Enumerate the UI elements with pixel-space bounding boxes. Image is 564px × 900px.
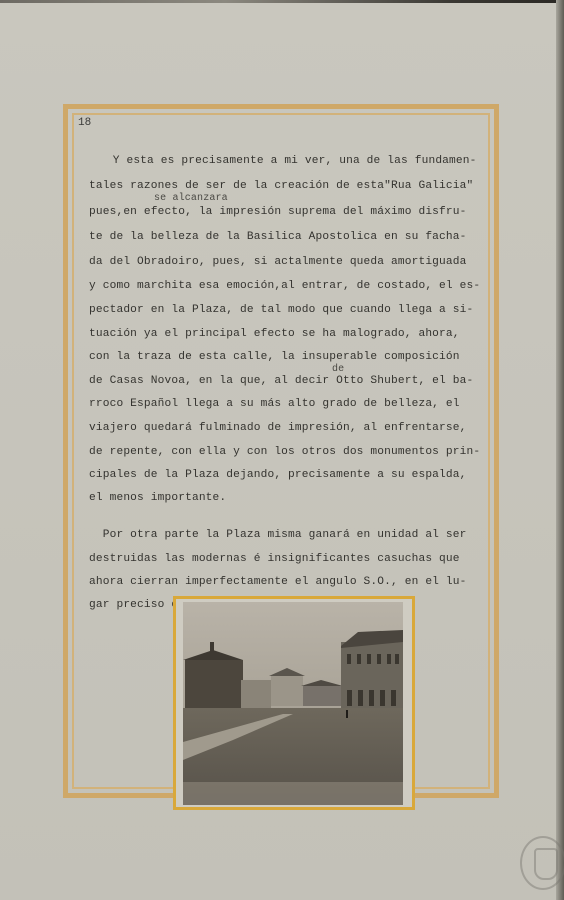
text-line: rroco Español llega a su más alto grado … (89, 398, 460, 410)
text-line: cipales de la Plaza dejando, precisament… (89, 469, 467, 481)
text-line: el menos importante. (89, 492, 226, 504)
text-line: te de la belleza de la Basilica Apostoli… (89, 231, 467, 243)
text-line: destruidas las modernas é insignificante… (89, 553, 460, 565)
scan-right-edge (556, 0, 564, 900)
text-line: de repente, con ella y con los otros dos… (89, 446, 480, 458)
page-number: 18 (78, 117, 91, 129)
text-line: con la traza de esta calle, la insuperab… (89, 351, 460, 363)
archive-seal-stamp (520, 836, 564, 890)
text-line: y como marchita esa emoción,al entrar, d… (89, 280, 480, 292)
text-line: tales razones de ser de la creación de e… (89, 180, 473, 192)
interlinear-annotation: de (332, 364, 344, 375)
text-line: pues,en efecto, la impresión suprema del… (89, 206, 467, 218)
plaza-photograph (183, 602, 403, 805)
plaza-photo-image (183, 602, 403, 805)
text-line: viajero quedará fulminado de impresión, … (89, 422, 467, 434)
text-line: ahora cierran imperfectamente el angulo … (89, 576, 467, 588)
text-line: tuación ya el principal efecto se ha mal… (89, 328, 460, 340)
text-line: Y esta es precisamente a mi ver, una de … (99, 155, 477, 167)
text-line: pectador en la Plaza, de tal modo que cu… (89, 304, 473, 316)
text-line: Por otra parte la Plaza misma ganará en … (89, 529, 467, 541)
interlinear-annotation: se alcanzara (154, 193, 228, 204)
text-line: de Casas Novoa, en la que, al decir Otto… (89, 375, 473, 387)
text-line: da del Obradoiro, pues, si actalmente qu… (89, 256, 467, 268)
